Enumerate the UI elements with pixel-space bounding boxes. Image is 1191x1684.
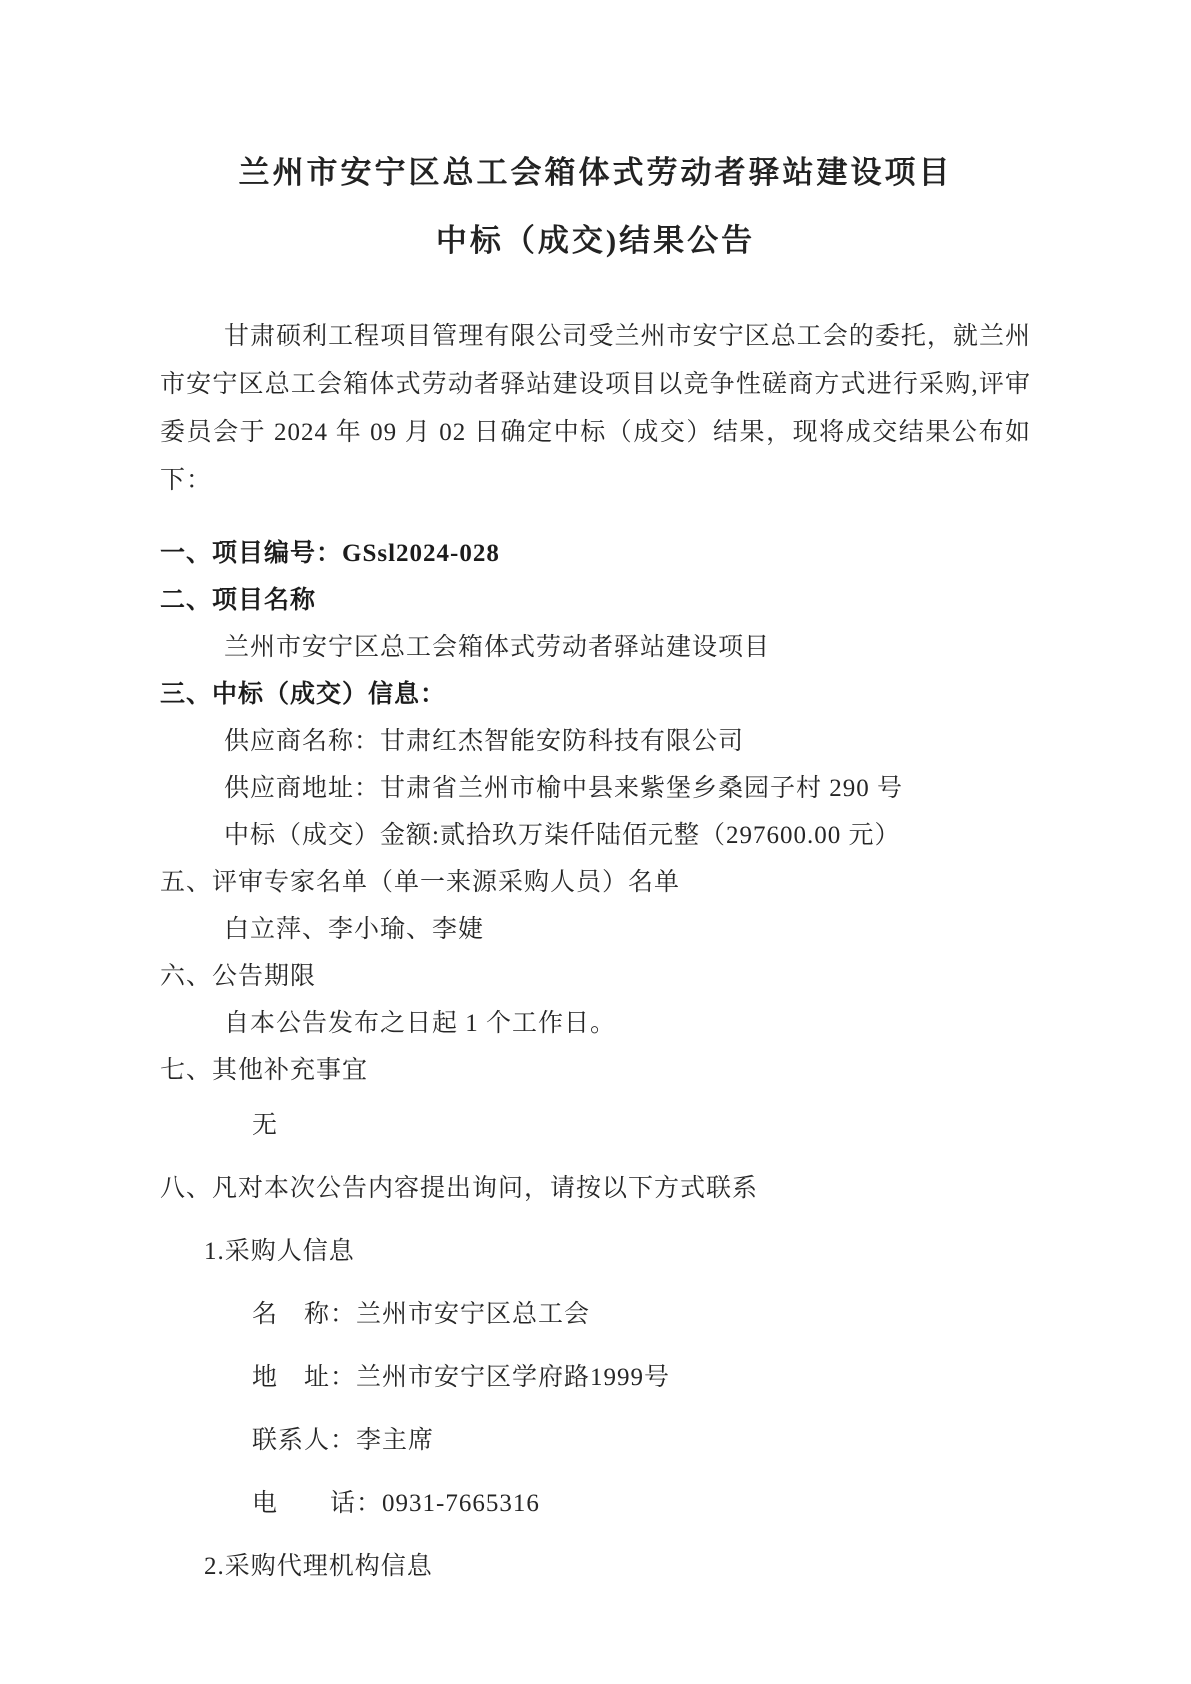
supplier-name-line: 供应商名称：甘肃红杰智能安防科技有限公司 — [160, 718, 1031, 765]
section-expert-list: 五、评审专家名单（单一来源采购人员）名单 — [160, 859, 1031, 906]
section-award-info: 三、中标（成交）信息： — [160, 671, 1031, 718]
intro-paragraph: 甘肃硕利工程项目管理有限公司受兰州市安宁区总工会的委托，就兰州市安宁区总工会箱体… — [160, 313, 1031, 505]
buyer-phone-line: 电 话：0931-7665316 — [160, 1472, 1031, 1535]
other-matters-value: 无 — [160, 1094, 1031, 1157]
section-announcement-period: 六、公告期限 — [160, 953, 1031, 1000]
section-other-matters: 七、其他补充事宜 — [160, 1047, 1031, 1094]
section-contact-methods: 八、凡对本次公告内容提出询问，请按以下方式联系 — [160, 1157, 1031, 1220]
document-title-line2: 中标（成交)结果公告 — [160, 221, 1031, 261]
buyer-info-heading: 1.采购人信息 — [160, 1220, 1031, 1283]
section-project-name: 二、项目名称 — [160, 577, 1031, 624]
section-project-number: 一、项目编号：GSsl2024-028 — [160, 530, 1031, 577]
document-title-line1: 兰州市安宁区总工会箱体式劳动者驿站建设项目 — [160, 153, 1031, 193]
project-name-value: 兰州市安宁区总工会箱体式劳动者驿站建设项目 — [160, 624, 1031, 671]
award-amount-line: 中标（成交）金额:贰拾玖万柒仟陆佰元整（297600.00 元） — [160, 812, 1031, 859]
announcement-period-line: 自本公告发布之日起 1 个工作日。 — [160, 1000, 1031, 1047]
agency-info-heading: 2.采购代理机构信息 — [160, 1535, 1031, 1598]
document-page: 兰州市安宁区总工会箱体式劳动者驿站建设项目 中标（成交)结果公告 甘肃硕利工程项… — [0, 0, 1191, 1684]
expert-names-line: 白立萍、李小瑜、李婕 — [160, 906, 1031, 953]
buyer-contact-line: 联系人：李主席 — [160, 1409, 1031, 1472]
document-body: 兰州市安宁区总工会箱体式劳动者驿站建设项目 中标（成交)结果公告 甘肃硕利工程项… — [160, 0, 1031, 1598]
buyer-name-line: 名 称：兰州市安宁区总工会 — [160, 1283, 1031, 1346]
buyer-address-line: 地 址：兰州市安宁区学府路1999号 — [160, 1346, 1031, 1409]
supplier-address-line: 供应商地址：甘肃省兰州市榆中县来紫堡乡桑园子村 290 号 — [160, 765, 1031, 812]
